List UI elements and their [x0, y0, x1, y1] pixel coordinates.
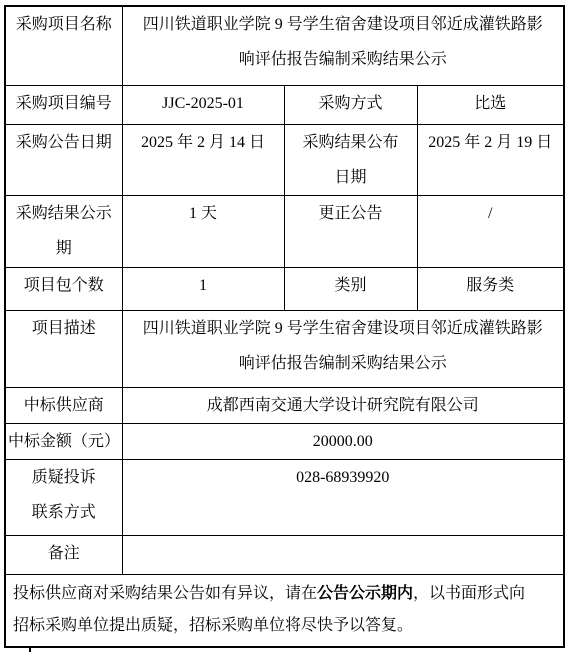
row-project-description: 项目描述 四川铁道职业学院 9 号学生宿舍建设项目邻近成灌铁路影 响评估报告编制… [5, 310, 564, 387]
winning-amount-label: 中标金额（元） [5, 423, 122, 459]
complaint-contact-value: 028-68939920 [122, 459, 564, 535]
text-cursor [29, 646, 31, 652]
category-label: 类别 [284, 267, 417, 310]
winning-amount-value: 20000.00 [122, 423, 564, 459]
footer-note: 投标供应商对采购结果公告如有异议，请在公告公示期内，以书面形式向 招标采购单位提… [5, 574, 564, 647]
project-number-value: JJC-2025-01 [122, 85, 284, 124]
project-name-label: 采购项目名称 [5, 6, 122, 85]
row-publicity-period: 采购结果公示 期 1 天 更正公告 / [5, 195, 564, 267]
remarks-label: 备注 [5, 535, 122, 574]
announce-date-value: 2025 年 2 月 14 日 [122, 124, 284, 195]
row-complaint-contact: 质疑投诉 联系方式 028-68939920 [5, 459, 564, 535]
project-description-label: 项目描述 [5, 310, 122, 387]
footer-note-bold: 公告公示期内 [317, 585, 413, 602]
project-description-value: 四川铁道职业学院 9 号学生宿舍建设项目邻近成灌铁路影 响评估报告编制采购结果公… [122, 310, 564, 387]
package-count-value: 1 [122, 267, 284, 310]
category-value: 服务类 [417, 267, 564, 310]
complaint-contact-label: 质疑投诉 联系方式 [5, 459, 122, 535]
project-number-label: 采购项目编号 [5, 85, 122, 124]
procurement-result-table: 采购项目名称 四川铁道职业学院 9 号学生宿舍建设项目邻近成灌铁路影 响评估报告… [4, 5, 565, 648]
publicity-period-label: 采购结果公示 期 [5, 195, 122, 267]
announce-date-label: 采购公告日期 [5, 124, 122, 195]
row-announce-date: 采购公告日期 2025 年 2 月 14 日 采购结果公布 日期 2025 年 … [5, 124, 564, 195]
result-publish-date-value: 2025 年 2 月 19 日 [417, 124, 564, 195]
correction-notice-value: / [417, 195, 564, 267]
result-publish-date-label: 采购结果公布 日期 [284, 124, 417, 195]
row-project-name: 采购项目名称 四川铁道职业学院 9 号学生宿舍建设项目邻近成灌铁路影 响评估报告… [5, 6, 564, 85]
row-winning-supplier: 中标供应商 成都西南交通大学设计研究院有限公司 [5, 387, 564, 423]
row-remarks: 备注 [5, 535, 564, 574]
procurement-method-value: 比选 [417, 85, 564, 124]
winning-supplier-value: 成都西南交通大学设计研究院有限公司 [122, 387, 564, 423]
correction-notice-label: 更正公告 [284, 195, 417, 267]
row-package-count: 项目包个数 1 类别 服务类 [5, 267, 564, 310]
publicity-period-value: 1 天 [122, 195, 284, 267]
row-footer-note: 投标供应商对采购结果公告如有异议，请在公告公示期内，以书面形式向 招标采购单位提… [5, 574, 564, 647]
procurement-method-label: 采购方式 [284, 85, 417, 124]
remarks-value [122, 535, 564, 574]
package-count-label: 项目包个数 [5, 267, 122, 310]
footer-note-pre: 投标供应商对采购结果公告如有异议，请在 [13, 585, 317, 602]
row-winning-amount: 中标金额（元） 20000.00 [5, 423, 564, 459]
project-name-value: 四川铁道职业学院 9 号学生宿舍建设项目邻近成灌铁路影 响评估报告编制采购结果公… [122, 6, 564, 85]
winning-supplier-label: 中标供应商 [5, 387, 122, 423]
row-project-number: 采购项目编号 JJC-2025-01 采购方式 比选 [5, 85, 564, 124]
